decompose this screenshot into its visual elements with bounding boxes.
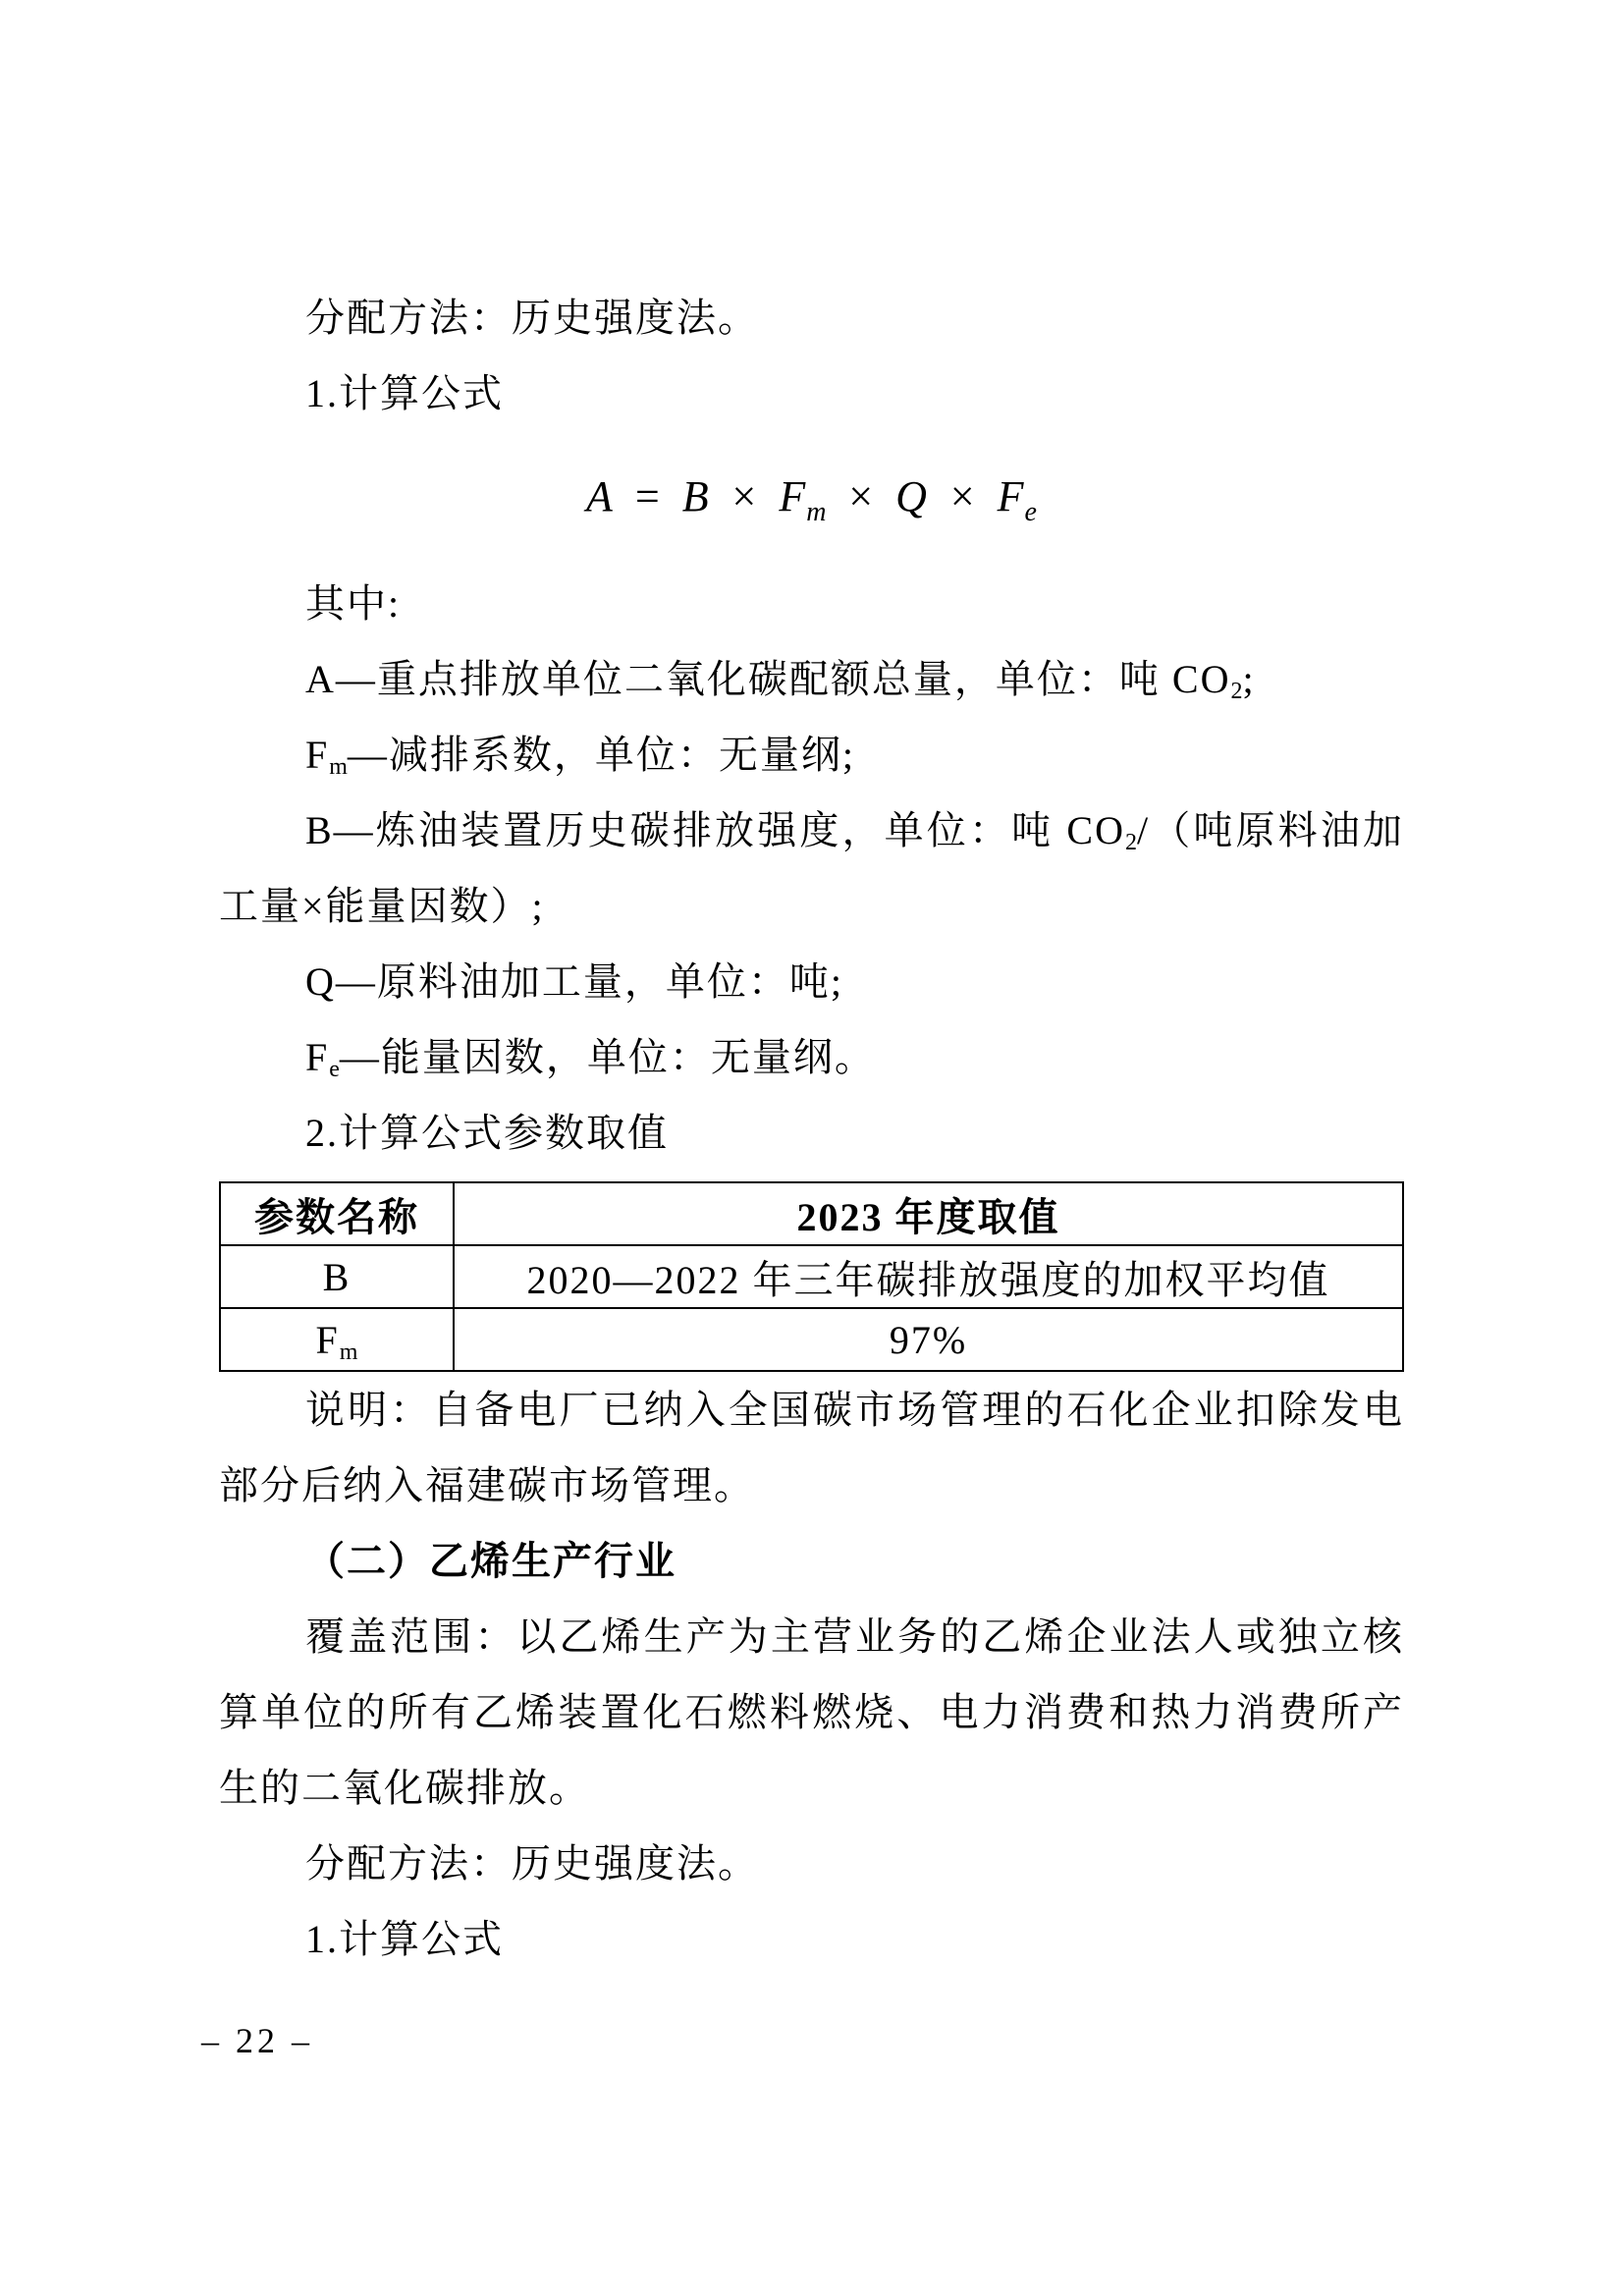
heading-section-2: （二）乙烯生产行业 (219, 1523, 1404, 1599)
formula-part1: A = B × F (586, 472, 806, 520)
cell-value-fm: 97% (454, 1308, 1403, 1371)
para-param-label: 2.计算公式参数取值 (219, 1095, 1404, 1171)
para-allocation-method-1: 分配方法：历史强度法。 (219, 280, 1404, 355)
line-fe-text: —能量因数，单位：无量纲。 (340, 1035, 876, 1079)
line-where: 其中: (219, 566, 1404, 641)
table-header-row: 参数名称 2023 年度取值 (220, 1182, 1403, 1245)
co2-subscript: 2 (1125, 830, 1137, 855)
line-definition-q: Q—原料油加工量，单位：吨; (219, 944, 1404, 1019)
header-2023-value: 2023 年度取值 (454, 1182, 1403, 1245)
line-definition-a: A—重点排放单位二氧化碳配额总量，单位：吨 CO2; (219, 641, 1404, 717)
document-page: 分配方法：历史强度法。 1.计算公式 A = B × Fm × Q × Fe 其… (219, 280, 1404, 1977)
fe-symbol: F (305, 1035, 329, 1079)
line-b-text: B—炼油装置历史碳排放强度，单位：吨 CO (305, 808, 1125, 852)
line-definition-fe: Fe—能量因数，单位：无量纲。 (219, 1019, 1404, 1095)
page-number: – 22 – (201, 2015, 313, 2066)
para-coverage: 覆盖范围：以乙烯生产为主营业务的乙烯企业法人或独立核算单位的所有乙烯装置化石燃料… (219, 1599, 1404, 1826)
fm-symbol: F (305, 733, 329, 777)
line-definition-b: B—炼油装置历史碳排放强度，单位：吨 CO2/（吨原料油加工量×能量因数）; (219, 793, 1404, 944)
para-note: 说明：自备电厂已纳入全国碳市场管理的石化企业扣除发电部分后纳入福建碳市场管理。 (219, 1372, 1404, 1523)
formula-subscript-e: e (1025, 497, 1037, 527)
cell-value-b: 2020—2022 年三年碳排放强度的加权平均值 (454, 1245, 1403, 1308)
formula-part2: × Q × F (826, 472, 1024, 520)
table-row: B 2020—2022 年三年碳排放强度的加权平均值 (220, 1245, 1403, 1308)
line-a-end: ; (1242, 657, 1255, 701)
fe-subscript: e (329, 1057, 340, 1082)
fm-subscript: m (340, 1339, 358, 1365)
formula-equation: A = B × Fm × Q × Fe (219, 459, 1404, 534)
para-allocation-method-2: 分配方法：历史强度法。 (219, 1826, 1404, 1901)
line-definition-fm: Fm—减排系数，单位：无量纲; (219, 717, 1404, 793)
para-formula-label-1: 1.计算公式 (219, 355, 1404, 431)
formula-subscript-m: m (806, 497, 826, 527)
co2-subscript: 2 (1230, 679, 1242, 704)
table-row: Fm 97% (220, 1308, 1403, 1371)
cell-param-fm: Fm (220, 1308, 454, 1371)
fm-subscript: m (329, 754, 348, 780)
header-param-name: 参数名称 (220, 1182, 454, 1245)
fm-symbol: F (316, 1318, 340, 1362)
cell-param-b: B (220, 1245, 454, 1308)
parameter-table: 参数名称 2023 年度取值 B 2020—2022 年三年碳排放强度的加权平均… (219, 1181, 1404, 1372)
line-a-text: A—重点排放单位二氧化碳配额总量，单位：吨 CO (305, 657, 1230, 701)
line-fm-text: —减排系数，单位：无量纲; (348, 733, 855, 777)
para-formula-label-2: 1.计算公式 (219, 1901, 1404, 1977)
